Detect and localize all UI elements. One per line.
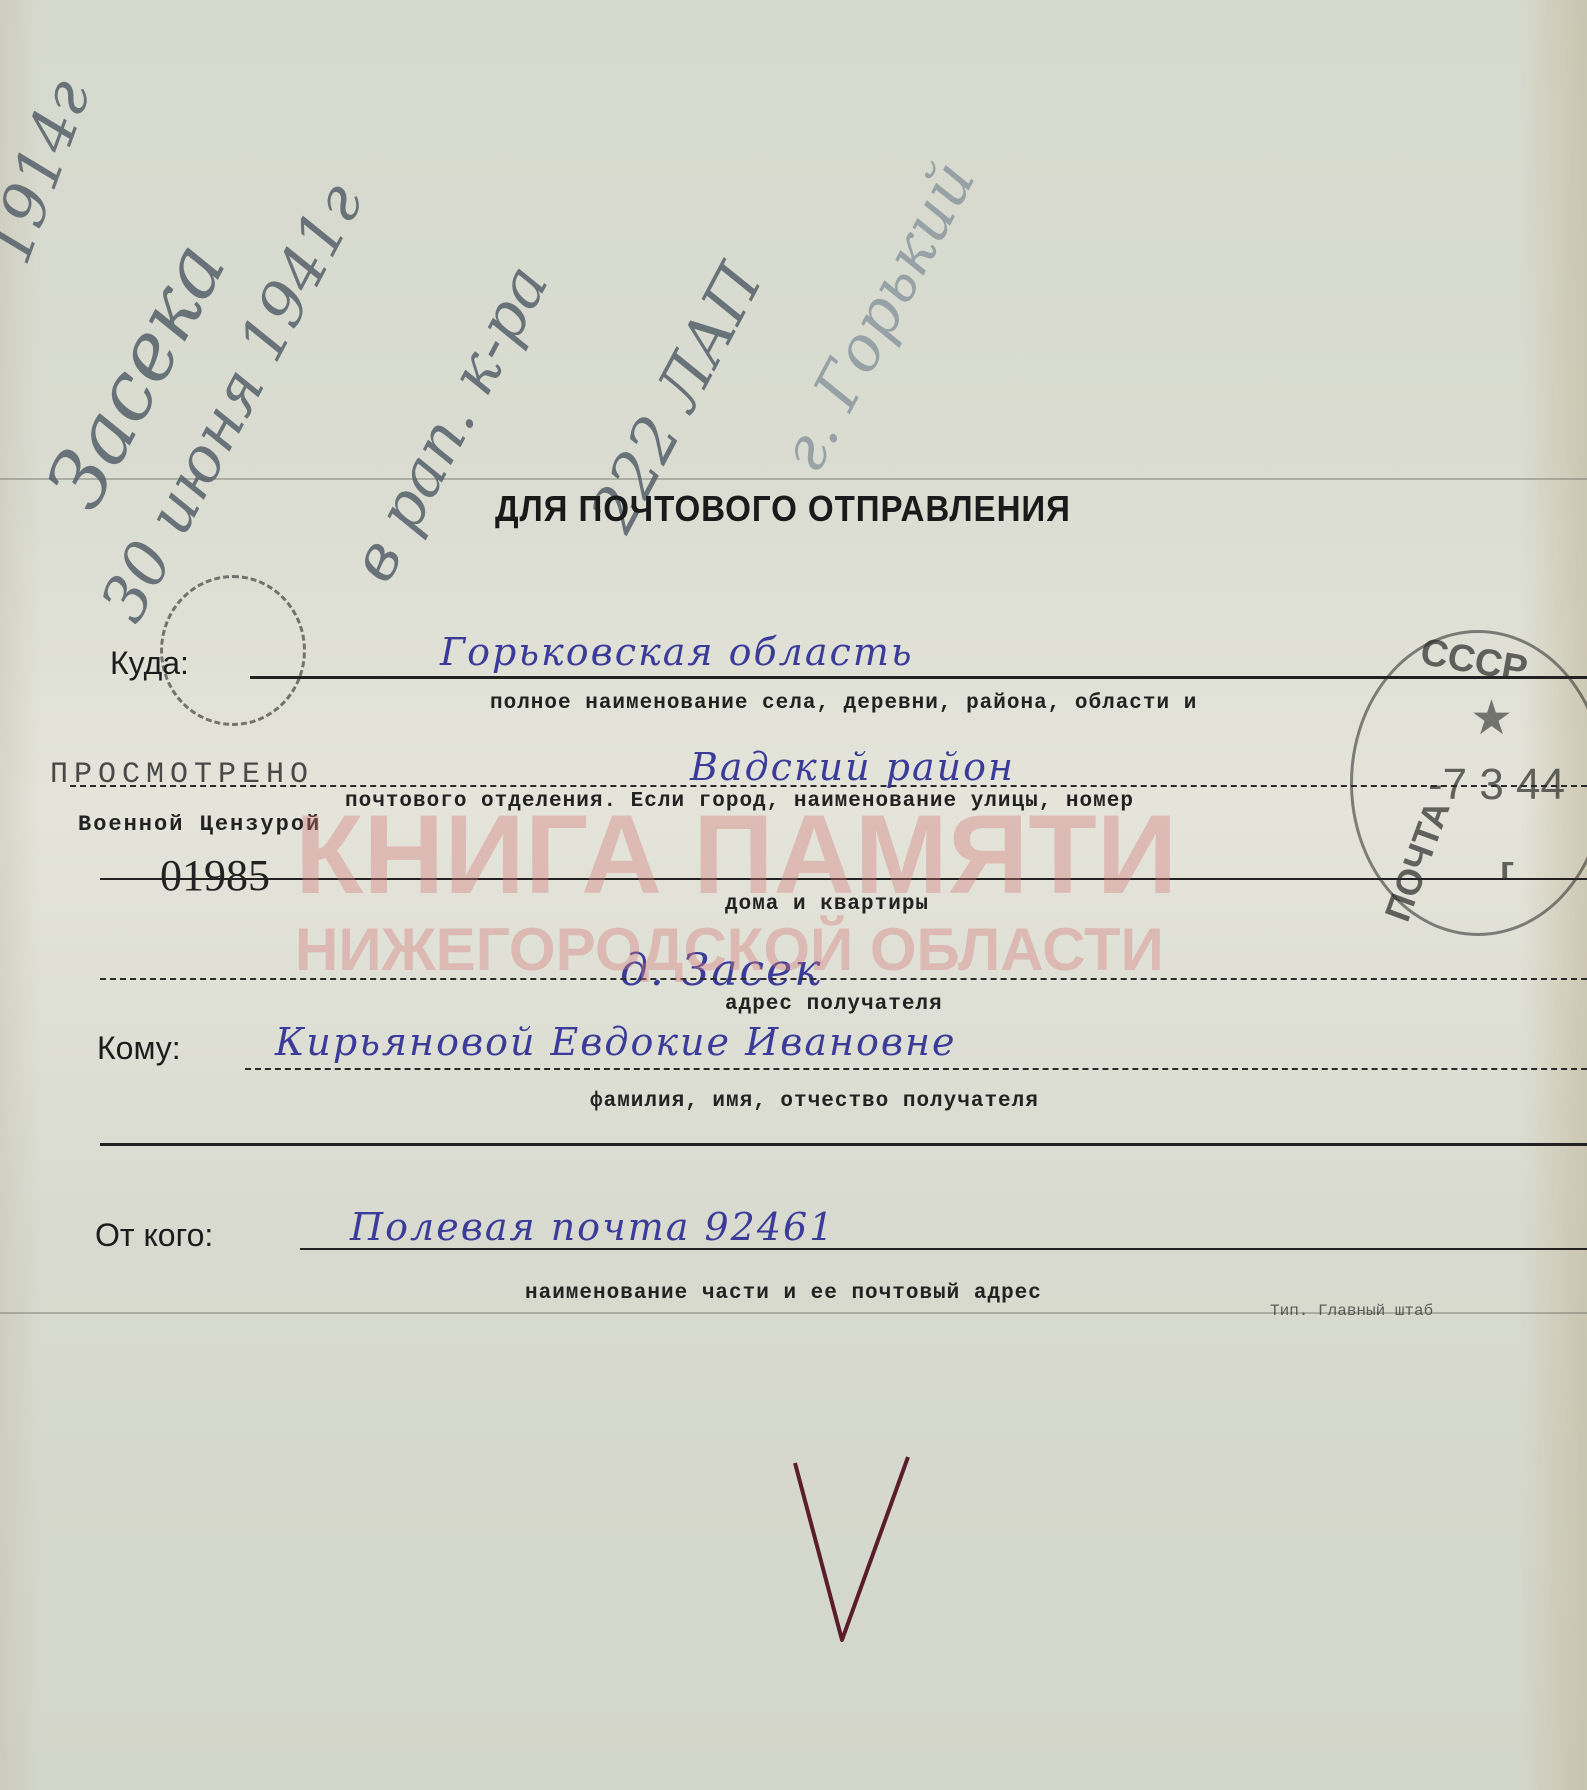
- whom-line: [245, 1068, 1587, 1070]
- to-handwritten-line1: Горьковская область: [440, 630, 914, 674]
- from-caption: наименование части и ее почтовый адрес: [525, 1282, 1042, 1305]
- to-caption-3: дома и квартиры: [725, 893, 929, 916]
- postmark-letter: г: [1500, 850, 1514, 889]
- from-line: [300, 1248, 1587, 1250]
- whom-caption: фамилия, имя, отчество получателя: [590, 1090, 1039, 1113]
- whom-handwritten: Кирьяновой Евдокие Ивановне: [275, 1020, 957, 1064]
- to-caption-2: почтового отделения. Если город, наимено…: [345, 790, 1134, 813]
- censor-number: 01985: [160, 850, 270, 901]
- from-handwritten: Полевая почта 92461: [350, 1205, 835, 1249]
- form-title: ДЛЯ ПОЧТОВОГО ОТПРАВЛЕНИЯ: [495, 488, 1071, 530]
- whom-line-2: [100, 1143, 1587, 1146]
- to-label: Куда:: [110, 645, 189, 682]
- printer-mark: Тип. Главный штаб: [1270, 1302, 1433, 1320]
- postmark-star-icon: ★: [1470, 690, 1513, 746]
- from-label: От кого:: [95, 1217, 213, 1254]
- fold-crease-top: [0, 478, 1587, 480]
- postmark-date: -7 3 44: [1428, 760, 1565, 810]
- to-handwritten-line4: д. Засек: [620, 945, 822, 996]
- to-caption-4: адрес получателя: [725, 993, 943, 1016]
- check-mark-icon: [790, 1455, 920, 1655]
- whom-label: Кому:: [97, 1030, 181, 1067]
- censor-stamp-subtitle: Военной Цензурой: [78, 812, 321, 837]
- to-caption-1: полное наименование села, деревни, район…: [490, 692, 1197, 715]
- to-handwritten-line2: Вадский район: [690, 745, 1015, 789]
- to-line-3: [100, 878, 1587, 880]
- to-line-4: [100, 978, 1587, 980]
